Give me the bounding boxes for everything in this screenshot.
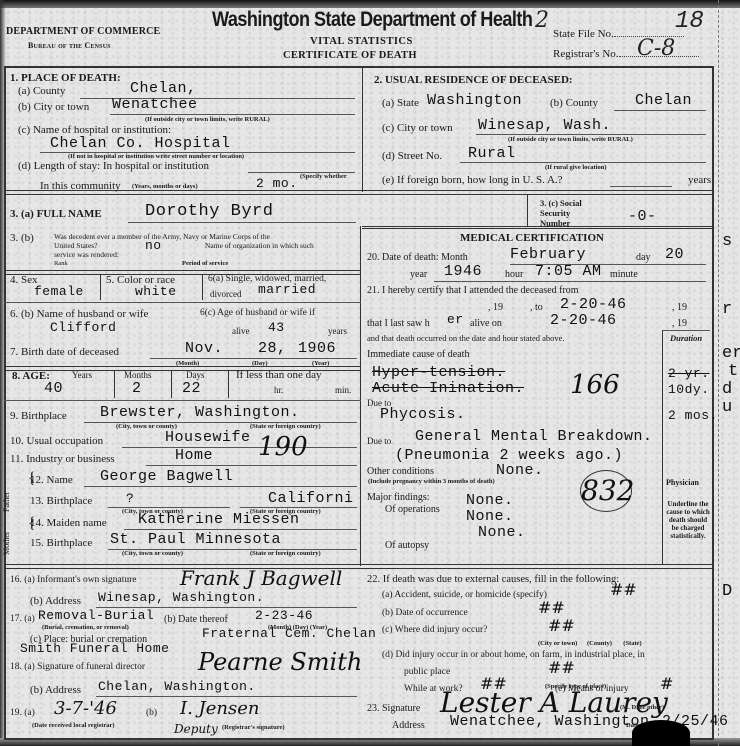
injury-place-label: (c) Where did injury occur? bbox=[382, 625, 487, 635]
mother-name-label: 14. Maiden name bbox=[30, 517, 107, 529]
cause-1-duration: 2 yr. bbox=[668, 366, 710, 381]
death-county-value: Chelan, bbox=[130, 80, 197, 97]
cause-3-value: Phycosis. bbox=[380, 406, 466, 423]
registrar-signature: I. Jensen bbox=[180, 698, 260, 719]
death-month-value: February bbox=[510, 246, 586, 263]
cause-2-duration: 10dy. bbox=[668, 382, 710, 397]
divider bbox=[4, 400, 361, 401]
underline bbox=[434, 281, 706, 282]
external-causes-heading: 22. If death was due to external causes,… bbox=[367, 574, 619, 585]
place-of-death-heading: 1. PLACE OF DEATH: bbox=[10, 72, 121, 84]
underline bbox=[610, 186, 672, 187]
res-city-label: (c) City or town bbox=[382, 122, 453, 134]
res-foreign-unit: years bbox=[688, 174, 711, 186]
death-year-label: year bbox=[410, 269, 427, 280]
injury-place-note: (City or town) (County) (State) bbox=[538, 640, 642, 647]
registrar-number: Registrar's No. C-8 bbox=[553, 48, 699, 60]
certify-to-label: , to bbox=[530, 302, 543, 313]
mother-birthplace-label: 15. Birthplace bbox=[30, 537, 92, 549]
director-address-label: (b) Address bbox=[30, 684, 81, 696]
death-minute-label: minute bbox=[610, 269, 638, 280]
divider bbox=[4, 302, 361, 303]
autopsy-label: Of autopsy bbox=[385, 540, 429, 551]
father-birth-city: ? bbox=[126, 491, 134, 506]
birth-month-value: Nov. bbox=[185, 340, 223, 357]
injury-home-label: (d) Did injury occur in or about home, o… bbox=[382, 650, 645, 660]
received-date-value: 3-7-'46 bbox=[54, 698, 117, 719]
res-city-value: Winesap, Wash. bbox=[478, 117, 611, 134]
death-day-label: day bbox=[636, 252, 650, 263]
spouse-label: 6. (b) Name of husband or wife bbox=[10, 308, 148, 320]
community-label: In this community bbox=[40, 180, 121, 192]
res-foreign-label: (e) If foreign born, how long in U. S. A… bbox=[382, 174, 563, 186]
duration-column-divider bbox=[662, 330, 663, 564]
age-days-label: Days bbox=[186, 370, 205, 380]
alive-on-label: alive on bbox=[470, 318, 502, 329]
spouse-value: Clifford bbox=[50, 320, 116, 335]
spouse-age-label: alive bbox=[232, 326, 250, 336]
mother-name-value: Katherine Miessen bbox=[138, 511, 300, 528]
certifier-address-label: Address bbox=[392, 720, 425, 731]
divider bbox=[362, 226, 712, 229]
certifier-signature-label: 23. Signature bbox=[367, 703, 420, 714]
margin-letter: D bbox=[722, 582, 732, 601]
margin-letter: er bbox=[722, 344, 740, 363]
public-place-value: ## bbox=[548, 658, 575, 677]
informant-address-label: (b) Address bbox=[30, 595, 81, 607]
director-address-value: Chelan, Washington. bbox=[98, 679, 256, 694]
state-file-value: 18 bbox=[675, 8, 704, 35]
occurrence-label: (b) Date of occurrence bbox=[382, 608, 468, 618]
certify-label: 21. I hereby certify that I attended the… bbox=[367, 285, 579, 296]
last-saw-pronoun: er bbox=[447, 312, 464, 327]
underline bbox=[146, 465, 357, 466]
divider bbox=[4, 564, 712, 569]
father-side-label: Father bbox=[2, 492, 12, 512]
cause-3-duration: 2 mos. bbox=[668, 408, 718, 423]
age-years-value: 40 bbox=[44, 380, 63, 397]
other-conditions-note: (Include pregnancy within 3 months of de… bbox=[368, 478, 495, 485]
age-hr-label: hr. bbox=[274, 385, 283, 395]
margin-letter: t bbox=[728, 362, 738, 381]
certify-to-value: 2-20-46 bbox=[560, 296, 627, 313]
res-state-label: (a) State bbox=[382, 97, 419, 109]
margin-letter: s bbox=[722, 232, 732, 251]
res-street-note: (If rural give location) bbox=[545, 164, 607, 171]
underline-note: Underline the cause to which death shoul… bbox=[666, 500, 710, 540]
death-hour-value: 7:05 AM bbox=[535, 263, 602, 280]
birth-year-value: 1906 bbox=[298, 340, 336, 357]
community-value: 2 mo. bbox=[256, 176, 298, 191]
death-city-value: Wenatchee bbox=[112, 96, 198, 113]
disposition-value: Removal-Burial bbox=[38, 608, 154, 623]
divider bbox=[362, 68, 363, 192]
form-title: Washington State Department of Health bbox=[212, 8, 532, 32]
divider bbox=[360, 226, 361, 566]
father-name-label: 12. Name bbox=[30, 474, 73, 486]
underline bbox=[128, 222, 356, 223]
cause-2-value: Acute Inination. bbox=[372, 380, 524, 397]
stated-above-label: and that death occurred on the date and … bbox=[367, 333, 565, 343]
death-county-label: (a) County bbox=[18, 85, 65, 97]
hospital-value: Chelan Co. Hospital bbox=[50, 135, 231, 152]
operations-value: None. bbox=[466, 508, 514, 525]
informant-signature: Frank J Bagwell bbox=[180, 566, 342, 590]
death-year-value: 1946 bbox=[444, 263, 482, 280]
full-name-value: Dorothy Byrd bbox=[145, 202, 273, 221]
cause-4-value: General Mental Breakdown. bbox=[415, 428, 653, 445]
res-street-label: (d) Street No. bbox=[382, 150, 442, 162]
certify-to-year: , 19 bbox=[672, 302, 687, 313]
underline bbox=[124, 529, 357, 530]
form-subtitle: VITAL STATISTICS bbox=[310, 36, 413, 47]
registrar-label: Registrar's No. bbox=[553, 48, 619, 60]
alive-on-value: 2-20-46 bbox=[550, 312, 617, 329]
disposition-note: (Burial, cremation, or removal) bbox=[42, 624, 129, 631]
divider bbox=[114, 370, 115, 398]
cause-1-value: Hyper-tension. bbox=[372, 364, 505, 381]
physician-label: Physician bbox=[666, 478, 699, 487]
medical-certification-heading: MEDICAL CERTIFICATION bbox=[460, 232, 604, 244]
underline bbox=[122, 447, 357, 448]
certificate-title: CERTIFICATE OF DEATH bbox=[283, 50, 417, 61]
ink-blot bbox=[632, 720, 690, 746]
received-date-label: 19. (a) bbox=[10, 708, 35, 718]
military-text: Name of organization in which such bbox=[205, 241, 314, 251]
accident-value: ## bbox=[610, 580, 637, 599]
military-value: no bbox=[145, 238, 162, 253]
funeral-director-signature: Pearne Smith bbox=[198, 648, 362, 676]
death-city-note: (If outside city or town limits, write R… bbox=[145, 116, 270, 123]
disposition-label: 17. (a) bbox=[10, 614, 35, 624]
birthplace-label: 9. Birthplace bbox=[10, 410, 67, 422]
sex-value: female bbox=[34, 284, 84, 299]
marital-value: married bbox=[258, 282, 316, 297]
underline bbox=[96, 696, 357, 697]
birth-day-value: 28, bbox=[258, 340, 287, 357]
underline bbox=[614, 110, 706, 111]
state-file-label: State File No. bbox=[553, 28, 614, 40]
major-findings-label: Major findings: bbox=[367, 492, 430, 503]
hospital-note: (If not in hospital or institution write… bbox=[68, 153, 244, 160]
spouse-age-unit: years bbox=[328, 326, 347, 336]
industry-label: 11. Industry or business bbox=[10, 453, 115, 465]
funeral-home-value: Smith Funeral Home bbox=[20, 641, 169, 656]
department-heading: DEPARTMENT OF COMMERCE Bureau of the Cen… bbox=[6, 26, 160, 50]
informant-address-value: Winesap, Washington. bbox=[98, 590, 264, 605]
accident-label: (a) Accident, suicide, or homicide (spec… bbox=[382, 590, 547, 600]
res-state-value: Washington bbox=[427, 92, 522, 109]
occurrence-value: ## bbox=[538, 598, 565, 617]
margin-letter: u bbox=[722, 398, 732, 417]
marital-label: divorced bbox=[210, 289, 242, 299]
immediate-cause-label: Immediate cause of death bbox=[367, 349, 469, 360]
md-note: (M. D. or other) bbox=[620, 704, 664, 711]
spouse-age-value: 43 bbox=[268, 320, 285, 335]
age-min-label: min. bbox=[335, 385, 351, 395]
full-name-label: 3. (a) FULL NAME bbox=[10, 208, 102, 220]
death-day-value: 20 bbox=[665, 246, 684, 263]
age-days-value: 22 bbox=[182, 380, 201, 397]
stay-label: (d) Length of stay: In hospital or insti… bbox=[18, 160, 209, 172]
res-street-value: Rural bbox=[468, 145, 516, 162]
residence-heading: 2. USUAL RESIDENCE OF DECEASED: bbox=[374, 74, 573, 86]
margin-mark: 2 bbox=[535, 8, 549, 33]
public-place-label: public place bbox=[404, 667, 450, 677]
underline bbox=[110, 114, 355, 115]
community-note: (Years, months or days) bbox=[132, 183, 198, 190]
death-date-label: 20. Date of death: Month bbox=[367, 252, 468, 263]
certify-from-year: , 19 bbox=[488, 302, 503, 313]
underline bbox=[84, 486, 357, 487]
death-city-label: (b) City or town bbox=[18, 101, 89, 113]
father-birthplace-label: 13. Birthplace bbox=[30, 495, 92, 507]
spouse-age-label: 6(c) Age of husband or wife if bbox=[200, 308, 315, 318]
race-value: white bbox=[135, 284, 177, 299]
res-county-value: Chelan bbox=[635, 92, 692, 109]
military-label: 3. (b) bbox=[10, 232, 34, 244]
department-label: DEPARTMENT OF COMMERCE bbox=[6, 26, 160, 37]
mother-state-note: (State or foreign country) bbox=[250, 550, 321, 557]
burial-place-value: Fraternal Cem. Chelan bbox=[202, 626, 376, 641]
alive-on-year: , 19 bbox=[672, 318, 687, 329]
cause-code-mark: 166 bbox=[570, 370, 620, 400]
last-saw-label: that I last saw h bbox=[367, 318, 430, 329]
other-conditions-value: None. bbox=[496, 462, 544, 479]
mother-side-label: Mother bbox=[2, 531, 12, 555]
margin-letter: d bbox=[722, 380, 732, 399]
age-months-label: Months bbox=[124, 370, 152, 380]
disposition-date-value: 2-23-46 bbox=[255, 608, 313, 623]
registrar-deputy: Deputy bbox=[174, 722, 218, 736]
rank-label: Rank bbox=[54, 259, 68, 269]
period-label: Period of service bbox=[182, 259, 228, 269]
mother-city-note: (City, town or county) bbox=[122, 550, 183, 557]
divider bbox=[527, 194, 528, 226]
father-birth-state: Californi bbox=[268, 490, 354, 507]
age-years-label: Years bbox=[72, 370, 92, 380]
underline bbox=[476, 134, 706, 135]
underline bbox=[460, 162, 706, 163]
circled-code: 832 bbox=[580, 470, 632, 512]
death-hour-label: hour bbox=[505, 269, 523, 280]
occupation-code: 190 bbox=[258, 432, 308, 462]
industry-value: Home bbox=[175, 447, 213, 464]
duration-label: Duration bbox=[670, 333, 702, 343]
underline bbox=[150, 358, 357, 359]
death-certificate: DEPARTMENT OF COMMERCE Bureau of the Cen… bbox=[0, 0, 740, 746]
divider bbox=[202, 274, 203, 300]
father-name-value: George Bagwell bbox=[100, 468, 233, 485]
ssn-label: 3. (c) Social Security Number bbox=[540, 198, 600, 228]
disposition-date-label: (b) Date thereof bbox=[164, 614, 228, 625]
res-city-note: (If outside city or town limits, write R… bbox=[508, 136, 633, 143]
injury-place-value: ## bbox=[548, 616, 575, 635]
certifier-address-value: Wenatchee, Washington bbox=[450, 713, 650, 730]
autopsy-value: None. bbox=[478, 524, 526, 541]
birthplace-state-note: (State or foreign country) bbox=[250, 423, 321, 430]
birthplace-value: Brewster, Washington. bbox=[100, 404, 300, 421]
age-lessday-label: If less than one day bbox=[236, 369, 322, 381]
operations-label: Of operations bbox=[385, 504, 440, 515]
other-conditions-label: Other conditions bbox=[367, 466, 434, 477]
bureau-label: Bureau of the Census bbox=[28, 41, 160, 50]
registrar-value: C-8 bbox=[637, 36, 675, 61]
age-months-value: 2 bbox=[132, 380, 142, 397]
occupation-value: Housewife bbox=[165, 429, 251, 446]
mother-birthplace-value: St. Paul Minnesota bbox=[110, 531, 281, 548]
scan-edge-top bbox=[0, 0, 740, 8]
informant-signature-label: 16. (a) Informant's own signature bbox=[10, 575, 137, 585]
registrar-signature-label: (b) bbox=[146, 708, 157, 718]
res-county-label: (b) County bbox=[550, 97, 598, 109]
operations-value: None. bbox=[466, 492, 514, 509]
divider bbox=[171, 370, 172, 398]
due-to-label: Due to bbox=[367, 436, 391, 446]
divider bbox=[662, 330, 710, 331]
divider bbox=[228, 370, 229, 398]
received-date-note: (Date received local registrar) bbox=[32, 722, 115, 729]
funeral-director-label: 18. (a) Signature of funeral director bbox=[10, 662, 145, 672]
ssn-value: -0- bbox=[628, 208, 657, 225]
registrar-signature-note: (Registrar's signature) bbox=[222, 724, 285, 731]
margin-letter: r bbox=[722, 300, 732, 319]
occupation-label: 10. Usual occupation bbox=[10, 435, 103, 447]
divider bbox=[100, 274, 101, 300]
stay-note: (Specify whether bbox=[300, 173, 347, 180]
birth-date-label: 7. Birth date of deceased bbox=[10, 346, 119, 358]
